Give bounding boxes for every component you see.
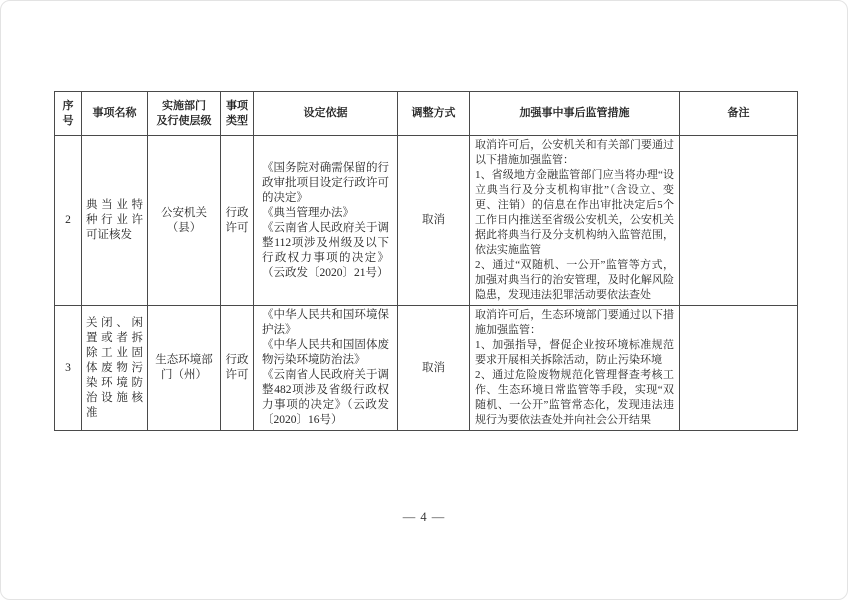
cell-department: 公安机关（县）: [148, 136, 221, 306]
supervision-measures-table: 序 号 事项名称 实施部门 及行使层级 事项 类型 设定依据 调整方式 加强事中…: [54, 91, 798, 431]
cell-legal-basis: 《国务院对确需保留的行政审批项目设定行政许可的决定》 《典当管理办法》 《云南省…: [254, 136, 398, 306]
table-row: 3 关闭、闲置或者拆除工业固体废物污染环境防治设施核准 生态环境部门（州） 行政…: [55, 306, 798, 431]
col-header-supervision: 加强事中事后监管措施: [470, 92, 680, 136]
col-header-legal-basis: 设定依据: [254, 92, 398, 136]
cell-item-type: 行政许可: [221, 306, 254, 431]
cell-item-type: 行政许可: [221, 136, 254, 306]
cell-item-name: 典当业特种行业许可证核发: [82, 136, 148, 306]
cell-remarks: [680, 136, 798, 306]
document-page: 序 号 事项名称 实施部门 及行使层级 事项 类型 设定依据 调整方式 加强事中…: [0, 0, 848, 600]
cell-seq: 3: [55, 306, 82, 431]
cell-seq: 2: [55, 136, 82, 306]
col-header-item-type: 事项 类型: [221, 92, 254, 136]
cell-remarks: [680, 306, 798, 431]
col-header-adjustment: 调整方式: [398, 92, 470, 136]
cell-supervision: 取消许可后，公安机关和有关部门要通过以下措施加强监管： 1、省级地方金融监管部门…: [470, 136, 680, 306]
table-header-row: 序 号 事项名称 实施部门 及行使层级 事项 类型 设定依据 调整方式 加强事中…: [55, 92, 798, 136]
col-header-item-name: 事项名称: [82, 92, 148, 136]
col-header-department: 实施部门 及行使层级: [148, 92, 221, 136]
cell-adjustment: 取消: [398, 136, 470, 306]
col-header-seq: 序 号: [55, 92, 82, 136]
cell-department: 生态环境部门（州）: [148, 306, 221, 431]
cell-item-name: 关闭、闲置或者拆除工业固体废物污染环境防治设施核准: [82, 306, 148, 431]
col-header-remarks: 备注: [680, 92, 798, 136]
page-number: — 4 —: [1, 510, 847, 525]
cell-legal-basis: 《中华人民共和国环境保护法》 《中华人民共和国固体废物污染环境防治法》 《云南省…: [254, 306, 398, 431]
cell-supervision: 取消许可后，生态环境部门要通过以下措施加强监管： 1、加强指导，督促企业按环境标…: [470, 306, 680, 431]
table-row: 2 典当业特种行业许可证核发 公安机关（县） 行政许可 《国务院对确需保留的行政…: [55, 136, 798, 306]
cell-adjustment: 取消: [398, 306, 470, 431]
